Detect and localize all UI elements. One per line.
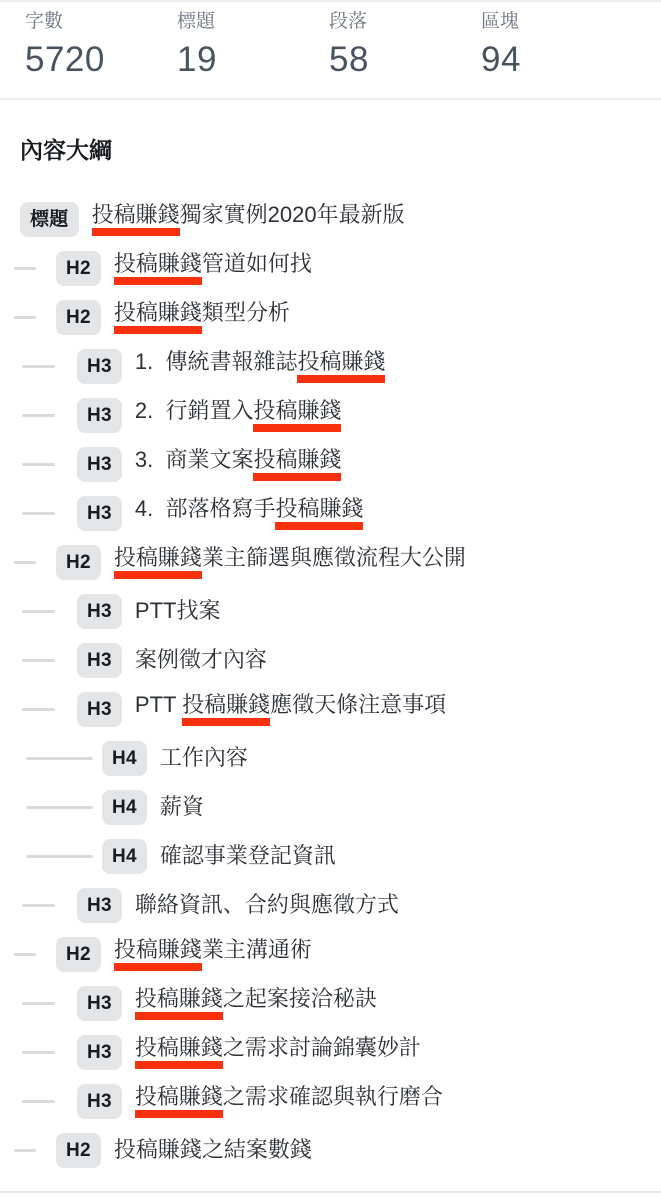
- keyword-highlight: 投稿賺錢: [114, 252, 202, 285]
- tree-dash: [22, 1002, 55, 1005]
- outline-row[interactable]: H32. 行銷置入投稿賺錢: [0, 391, 661, 440]
- text-segment: 確認事業登記資訊: [160, 843, 336, 868]
- text-segment: 業主溝通術: [202, 937, 312, 962]
- outline-row[interactable]: H3案例徵才內容: [0, 636, 661, 685]
- heading-level-badge: H2: [56, 937, 101, 972]
- heading-text: PTT 投稿賺錢應徵天條注意事項: [135, 692, 446, 726]
- text-segment: 3. 商業文案: [135, 447, 254, 472]
- text-segment: 業主篩選與應徵流程大公開: [202, 545, 466, 570]
- heading-text: 2. 行銷置入投稿賺錢: [135, 398, 342, 432]
- heading-level-badge: H3: [77, 1035, 122, 1070]
- content-outline-section: 內容大綱 標題投稿賺錢獨家實例2020年最新版H2投稿賺錢管道如何找H2投稿賺錢…: [0, 100, 661, 1175]
- stat-blocks: 區塊 94: [481, 10, 633, 80]
- heading-text: 投稿賺錢之需求討論錦囊妙計: [135, 1035, 421, 1069]
- text-segment: 投稿賺錢之結案數錢: [114, 1137, 312, 1162]
- keyword-highlight: 投稿賺錢: [135, 987, 223, 1020]
- heading-text: 薪資: [160, 794, 204, 820]
- outline-row[interactable]: H2投稿賺錢管道如何找: [0, 244, 661, 293]
- outline-row[interactable]: H31. 傳統書報雜誌投稿賺錢: [0, 342, 661, 391]
- outline-row[interactable]: H2投稿賺錢類型分析: [0, 293, 661, 342]
- tree-dash: [22, 904, 55, 907]
- outline-row[interactable]: H2投稿賺錢業主篩選與應徵流程大公開: [0, 538, 661, 587]
- tree-dash: [22, 1100, 55, 1103]
- heading-level-badge: H4: [102, 839, 147, 874]
- stat-label: 字數: [25, 10, 177, 35]
- heading-level-badge: H2: [56, 251, 101, 286]
- outline-row[interactable]: H2投稿賺錢業主溝通術: [0, 930, 661, 979]
- heading-text: 投稿賺錢業主篩選與應徵流程大公開: [114, 545, 466, 579]
- text-segment: 管道如何找: [202, 251, 312, 276]
- heading-text: 確認事業登記資訊: [160, 843, 336, 869]
- heading-level-badge: H4: [102, 790, 147, 825]
- heading-text: 投稿賺錢管道如何找: [114, 251, 312, 285]
- heading-text: 聯絡資訊、合約與應徵方式: [135, 892, 399, 918]
- stats-bar: 字數 5720 標題 19 段落 58 區塊 94: [0, 0, 661, 100]
- stat-value: 19: [177, 40, 329, 80]
- heading-level-badge: H3: [77, 594, 122, 629]
- keyword-highlight: 投稿賺錢: [275, 497, 363, 530]
- text-segment: 薪資: [160, 794, 204, 819]
- keyword-highlight: 投稿賺錢: [135, 1036, 223, 1069]
- outline-row[interactable]: H34. 部落格寫手投稿賺錢: [0, 489, 661, 538]
- tree-dash: [22, 414, 55, 417]
- heading-level-badge: H3: [77, 349, 122, 384]
- outline-row[interactable]: H3PTT 投稿賺錢應徵天條注意事項: [0, 685, 661, 734]
- tree-dash: [14, 267, 36, 270]
- text-segment: 2. 行銷置入: [135, 398, 254, 423]
- heading-text: 投稿賺錢之起案接洽秘訣: [135, 986, 377, 1020]
- outline-row[interactable]: H4工作內容: [0, 734, 661, 783]
- outline-row[interactable]: H2投稿賺錢之結案數錢: [0, 1126, 661, 1175]
- stat-headings: 標題 19: [177, 10, 329, 80]
- text-segment: 獨家實例2020年最新版: [180, 202, 405, 227]
- text-segment: PTT找案: [135, 598, 221, 623]
- heading-level-badge: H3: [77, 643, 122, 678]
- keyword-highlight: 投稿賺錢: [297, 350, 385, 383]
- keyword-highlight: 投稿賺錢: [135, 1085, 223, 1118]
- heading-text: PTT找案: [135, 598, 221, 624]
- outline-row[interactable]: H4確認事業登記資訊: [0, 832, 661, 881]
- outline-row[interactable]: H33. 商業文案投稿賺錢: [0, 440, 661, 489]
- heading-text: 1. 傳統書報雜誌投稿賺錢: [135, 349, 386, 383]
- tree-dash: [22, 708, 55, 711]
- tree-dash: [22, 365, 55, 368]
- stat-paragraphs: 段落 58: [329, 10, 481, 80]
- heading-text: 工作內容: [160, 745, 248, 771]
- text-segment: PTT: [135, 692, 182, 717]
- tree-dash: [22, 610, 55, 613]
- heading-level-badge: H2: [56, 545, 101, 580]
- outline-row[interactable]: H4薪資: [0, 783, 661, 832]
- heading-text: 投稿賺錢類型分析: [114, 300, 290, 334]
- keyword-highlight: 投稿賺錢: [114, 938, 202, 971]
- heading-text: 投稿賺錢業主溝通術: [114, 937, 312, 971]
- bottom-divider: [0, 1191, 661, 1193]
- heading-level-badge: H2: [56, 300, 101, 335]
- heading-text: 案例徵才內容: [135, 647, 267, 673]
- heading-level-badge: H3: [77, 888, 122, 923]
- tree-dash: [22, 659, 55, 662]
- keyword-highlight: 投稿賺錢: [114, 546, 202, 579]
- tree-dash: [22, 463, 55, 466]
- text-segment: 1. 傳統書報雜誌: [135, 349, 298, 374]
- tree-dash: [26, 806, 93, 809]
- tree-dash: [22, 1051, 55, 1054]
- heading-text: 3. 商業文案投稿賺錢: [135, 447, 342, 481]
- heading-level-badge: H3: [77, 398, 122, 433]
- stat-word-count: 字數 5720: [25, 10, 177, 80]
- heading-text: 投稿賺錢之需求確認與執行磨合: [135, 1084, 443, 1118]
- tree-dash: [14, 561, 36, 564]
- stat-label: 區塊: [481, 10, 633, 35]
- tree-dash: [14, 953, 36, 956]
- text-segment: 工作內容: [160, 745, 248, 770]
- heading-text: 投稿賺錢獨家實例2020年最新版: [92, 202, 405, 236]
- heading-level-badge: H3: [77, 447, 122, 482]
- outline-row[interactable]: H3投稿賺錢之需求確認與執行磨合: [0, 1077, 661, 1126]
- stat-value: 58: [329, 40, 481, 80]
- heading-level-badge: H3: [77, 496, 122, 531]
- heading-level-badge: H2: [56, 1133, 101, 1168]
- section-title: 內容大綱: [20, 137, 661, 165]
- heading-level-badge: H3: [77, 692, 122, 727]
- keyword-highlight: 投稿賺錢: [114, 301, 202, 334]
- text-segment: 應徵天條注意事項: [270, 692, 446, 717]
- tree-dash: [26, 855, 93, 858]
- heading-text: 投稿賺錢之結案數錢: [114, 1137, 312, 1163]
- keyword-highlight: 投稿賺錢: [253, 399, 341, 432]
- keyword-highlight: 投稿賺錢: [92, 203, 180, 236]
- text-segment: 之需求確認與執行磨合: [223, 1084, 443, 1109]
- tree-dash: [26, 757, 93, 760]
- heading-level-badge: H4: [102, 741, 147, 776]
- stat-label: 標題: [177, 10, 329, 35]
- outline-row[interactable]: H3投稿賺錢之起案接洽秘訣: [0, 979, 661, 1028]
- stat-value: 94: [481, 40, 633, 80]
- tree-dash: [14, 316, 36, 319]
- heading-level-badge: 標題: [20, 202, 79, 237]
- heading-level-badge: H3: [77, 1084, 122, 1119]
- text-segment: 案例徵才內容: [135, 647, 267, 672]
- text-segment: 之起案接洽秘訣: [223, 986, 377, 1011]
- keyword-highlight: 投稿賺錢: [182, 693, 270, 726]
- text-segment: 類型分析: [202, 300, 290, 325]
- text-segment: 4. 部落格寫手: [135, 496, 276, 521]
- text-segment: 聯絡資訊、合約與應徵方式: [135, 892, 399, 917]
- outline-row[interactable]: H3聯絡資訊、合約與應徵方式: [0, 881, 661, 930]
- outline-row[interactable]: H3投稿賺錢之需求討論錦囊妙計: [0, 1028, 661, 1077]
- stat-value: 5720: [25, 40, 177, 80]
- outline-row[interactable]: H3PTT找案: [0, 587, 661, 636]
- outline-row[interactable]: 標題投稿賺錢獨家實例2020年最新版: [0, 195, 661, 244]
- tree-dash: [22, 512, 55, 515]
- heading-text: 4. 部落格寫手投稿賺錢: [135, 496, 364, 530]
- text-segment: 之需求討論錦囊妙計: [223, 1035, 421, 1060]
- outline-list: 標題投稿賺錢獨家實例2020年最新版H2投稿賺錢管道如何找H2投稿賺錢類型分析H…: [0, 195, 661, 1175]
- stat-label: 段落: [329, 10, 481, 35]
- keyword-highlight: 投稿賺錢: [253, 448, 341, 481]
- tree-dash: [14, 1149, 36, 1152]
- heading-level-badge: H3: [77, 986, 122, 1021]
